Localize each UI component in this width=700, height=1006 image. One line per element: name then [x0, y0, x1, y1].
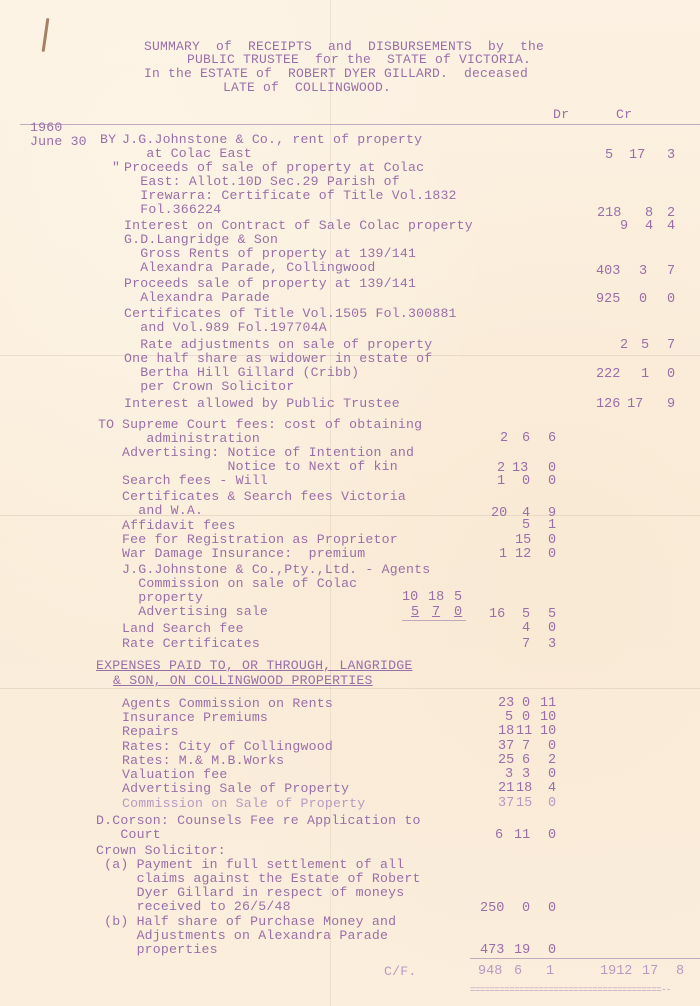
dr-shillings: 15 — [515, 534, 531, 548]
disbursement-line: Supreme Court fees: cost of obtaining — [122, 418, 422, 432]
dr-pence: 3 — [548, 638, 556, 652]
cr-pounds: 9 — [620, 220, 628, 234]
receipt-line: Proceeds of sale of property at Colac — [124, 161, 424, 175]
dr-pence: 0 — [548, 797, 556, 811]
expense-label: Commission on Sale of Property — [122, 797, 365, 811]
dr-pence: 2 — [548, 754, 556, 768]
dr-pence: 0 — [548, 902, 556, 916]
paper-tear-mark — [42, 18, 50, 52]
disbursement-line: Land Search fee — [122, 622, 244, 636]
dr-shillings: 6 — [522, 432, 530, 446]
dr-shillings: 15 — [516, 797, 532, 811]
expense-label: Insurance Premiums — [122, 711, 268, 725]
disbursement-line: (a) Payment in full settlement of all — [96, 858, 404, 872]
fold-line — [0, 515, 700, 516]
expenses-heading: EXPENSES PAID TO, OR THROUGH, LANGRIDGE — [96, 659, 412, 673]
disbursement-line: Notice to Next of kin — [122, 460, 398, 474]
total-cr-pence: 8 — [676, 965, 684, 979]
expenses-heading: & SON, ON COLLINGWOOD PROPERTIES — [113, 674, 373, 688]
dr-pounds: 16 — [489, 608, 505, 622]
dr-pounds: 20 — [491, 507, 507, 521]
cr-column-header: Cr — [616, 108, 632, 122]
disbursement-line: (b) Half share of Purchase Money and — [96, 915, 396, 929]
total-dr-pence: 1 — [546, 965, 554, 979]
dr-column-header: Dr — [553, 108, 569, 122]
total-dr-pounds: 948 — [478, 965, 502, 979]
dr-shillings: 19 — [514, 944, 530, 958]
dr-pounds: 25 — [498, 754, 514, 768]
dr-pence: 4 — [548, 782, 556, 796]
receipt-line: Irewarra: Certificate of Title Vol.1832 — [124, 189, 457, 203]
receipt-line: per Crown Solicitor — [124, 380, 294, 394]
date-day: June 30 — [30, 135, 87, 149]
dr-shillings: 4 — [522, 622, 530, 636]
disbursement-line: property — [122, 591, 203, 605]
dr-pence: 0 — [548, 534, 556, 548]
cr-pounds: 403 — [596, 265, 620, 279]
disbursement-line: properties — [96, 943, 218, 957]
dr-pounds: 37 — [498, 797, 514, 811]
disbursement-line: J.G.Johnstone & Co.,Pty.,Ltd. - Agents — [122, 563, 430, 577]
dr-pounds: 1 — [499, 548, 507, 562]
disbursement-line: D.Corson: Counsels Fee re Application to — [96, 814, 421, 828]
dr-pounds: 2 — [500, 432, 508, 446]
expense-label: Rates: City of Collingwood — [122, 740, 333, 754]
sub-shillings: 18 — [428, 591, 444, 605]
cr-pence: 0 — [667, 368, 675, 382]
disbursement-line: claims against the Estate of Robert — [96, 872, 421, 886]
ditto-mark: " — [112, 161, 120, 175]
disbursement-line: and W.A. — [122, 504, 203, 518]
cr-shillings: 0 — [639, 293, 647, 307]
title-line-4: LATE of COLLINGWOOD. — [223, 81, 391, 95]
expense-label: Repairs — [122, 725, 179, 739]
cr-pence: 7 — [667, 339, 675, 353]
sub-pounds: 5 — [411, 606, 419, 620]
dr-pence: 0 — [548, 944, 556, 958]
dr-pounds: 473 — [480, 944, 504, 958]
header-rule — [20, 124, 700, 125]
dr-shillings: 11 — [514, 829, 530, 843]
receipt-line: East: Allot.10D Sec.29 Parish of — [124, 175, 400, 189]
disbursement-line: Certificates & Search fees Victoria — [122, 490, 406, 504]
cr-shillings: 4 — [645, 220, 653, 234]
dr-shillings: 7 — [522, 638, 530, 652]
total-cr-shillings: 17 — [642, 965, 658, 979]
receipt-line: J.G.Johnstone & Co., rent of property — [122, 133, 422, 147]
disbursement-line: Rate Certificates — [122, 637, 260, 651]
cr-pounds: 2 — [620, 339, 628, 353]
to-prefix: TO — [98, 418, 114, 432]
cr-pounds: 218 — [597, 207, 621, 221]
receipt-line: and Vol.989 Fol.197704A — [124, 321, 327, 335]
disbursement-line: Advertising sale — [122, 605, 268, 619]
receipt-line: Bertha Hill Gillard (Cribb) — [124, 366, 359, 380]
cr-pounds: 126 — [596, 398, 620, 412]
dr-shillings: 11 — [516, 725, 532, 739]
total-cr-pounds: 1912 — [600, 965, 632, 979]
subtotal-underline — [402, 620, 466, 621]
cr-shillings: 5 — [641, 339, 649, 353]
disbursement-line: received to 26/5/48 — [96, 900, 291, 914]
dr-shillings: 0 — [522, 711, 530, 725]
disbursement-line: Search fees - Will — [122, 474, 268, 488]
receipt-line: Alexandra Parade — [124, 291, 270, 305]
dr-pounds: 21 — [498, 782, 514, 796]
receipt-line: Interest allowed by Public Trustee — [124, 397, 400, 411]
dr-pounds: 18 — [498, 725, 514, 739]
dr-pounds: 23 — [498, 697, 514, 711]
receipt-line: One half share as widower in estate of — [124, 352, 432, 366]
fold-line — [0, 688, 700, 689]
title-line-2: PUBLIC TRUSTEE for the STATE of VICTORIA… — [187, 53, 531, 67]
cr-pence: 9 — [667, 398, 675, 412]
expense-label: Advertising Sale of Property — [122, 782, 349, 796]
dr-shillings: 18 — [516, 782, 532, 796]
carried-forward-label: C/F. — [384, 965, 416, 979]
sub-pounds: 10 — [402, 591, 418, 605]
date-year: 1960 — [30, 121, 62, 135]
dr-pence: 5 — [548, 608, 556, 622]
dr-pence: 0 — [548, 829, 556, 843]
cr-pounds: 5 — [605, 149, 613, 163]
dr-shillings: 5 — [522, 519, 530, 533]
sub-pence: 5 — [454, 591, 462, 605]
receipt-line: Alexandra Parade, Collingwood — [124, 261, 376, 275]
dr-pounds: 3 — [505, 768, 513, 782]
cr-shillings: 3 — [639, 265, 647, 279]
disbursement-line: Dyer Gillard in respect of moneys — [96, 886, 404, 900]
dr-pence: 0 — [548, 622, 556, 636]
receipt-line: Fol.366224 — [124, 203, 221, 217]
dr-pence: 10 — [540, 725, 556, 739]
disbursement-line: Fee for Registration as Proprietor — [122, 533, 398, 547]
dr-pence: 0 — [548, 475, 556, 489]
disbursement-line: Commission on sale of Colac — [122, 577, 357, 591]
receipt-line: Gross Rents of property at 139/141 — [124, 247, 416, 261]
dr-pence: 10 — [540, 711, 556, 725]
dr-pounds: 5 — [505, 711, 513, 725]
dr-pounds: 37 — [498, 740, 514, 754]
dr-shillings: 0 — [522, 475, 530, 489]
receipt-line: at Colac East — [122, 147, 252, 161]
cr-shillings: 17 — [629, 149, 645, 163]
disbursement-line: Adjustments on Alexandra Parade — [96, 929, 388, 943]
cr-pence: 4 — [667, 220, 675, 234]
cr-pounds: 925 — [596, 293, 620, 307]
sub-shillings: 7 — [432, 606, 440, 620]
receipt-line: Interest on Contract of Sale Colac prope… — [124, 219, 473, 233]
expense-label: Agents Commission on Rents — [122, 697, 333, 711]
dr-pence: 1 — [548, 519, 556, 533]
dr-pounds: 1 — [497, 475, 505, 489]
total-dr-shillings: 6 — [514, 965, 522, 979]
cr-pounds: 222 — [596, 368, 620, 382]
receipt-line: Certificates of Title Vol.1505 Fol.30088… — [124, 307, 457, 321]
dr-pence: 0 — [548, 548, 556, 562]
disbursement-line: Advertising: Notice of Intention and — [122, 446, 414, 460]
total-rule — [470, 958, 700, 959]
cr-pence: 3 — [667, 149, 675, 163]
dr-shillings: 7 — [522, 740, 530, 754]
dr-pence: 11 — [540, 697, 556, 711]
disbursement-line: Affidavit fees — [122, 519, 236, 533]
sub-pence: 0 — [454, 606, 462, 620]
double-underline: =======================================-… — [470, 985, 671, 995]
cr-shillings: 1 — [641, 368, 649, 382]
dr-pence: 0 — [548, 768, 556, 782]
dr-shillings: 5 — [522, 608, 530, 622]
dr-shillings: 0 — [522, 697, 530, 711]
dr-shillings: 12 — [515, 548, 531, 562]
dr-pence: 0 — [548, 740, 556, 754]
disbursement-line: administration — [122, 432, 260, 446]
cr-pence: 7 — [667, 265, 675, 279]
dr-pounds: 250 — [480, 902, 504, 916]
cr-pence: 0 — [667, 293, 675, 307]
dr-shillings: 3 — [522, 768, 530, 782]
receipt-line: Proceeds sale of property at 139/141 — [124, 277, 416, 291]
expense-label: Valuation fee — [122, 768, 227, 782]
cr-shillings: 17 — [627, 398, 643, 412]
by-prefix: BY — [100, 133, 116, 147]
disbursement-line: Court — [96, 828, 161, 842]
expense-label: Rates: M.& M.B.Works — [122, 754, 284, 768]
dr-pounds: 6 — [495, 829, 503, 843]
disbursement-line: War Damage Insurance: premium — [122, 547, 365, 561]
receipt-line: G.D.Langridge & Son — [124, 233, 278, 247]
receipt-line: Rate adjustments on sale of property — [124, 338, 432, 352]
title-line-3: In the ESTATE of ROBERT DYER GILLARD. de… — [144, 67, 528, 81]
disbursement-line: Crown Solicitor: — [96, 844, 226, 858]
dr-pence: 6 — [548, 432, 556, 446]
dr-shillings: 0 — [522, 902, 530, 916]
dr-shillings: 6 — [522, 754, 530, 768]
